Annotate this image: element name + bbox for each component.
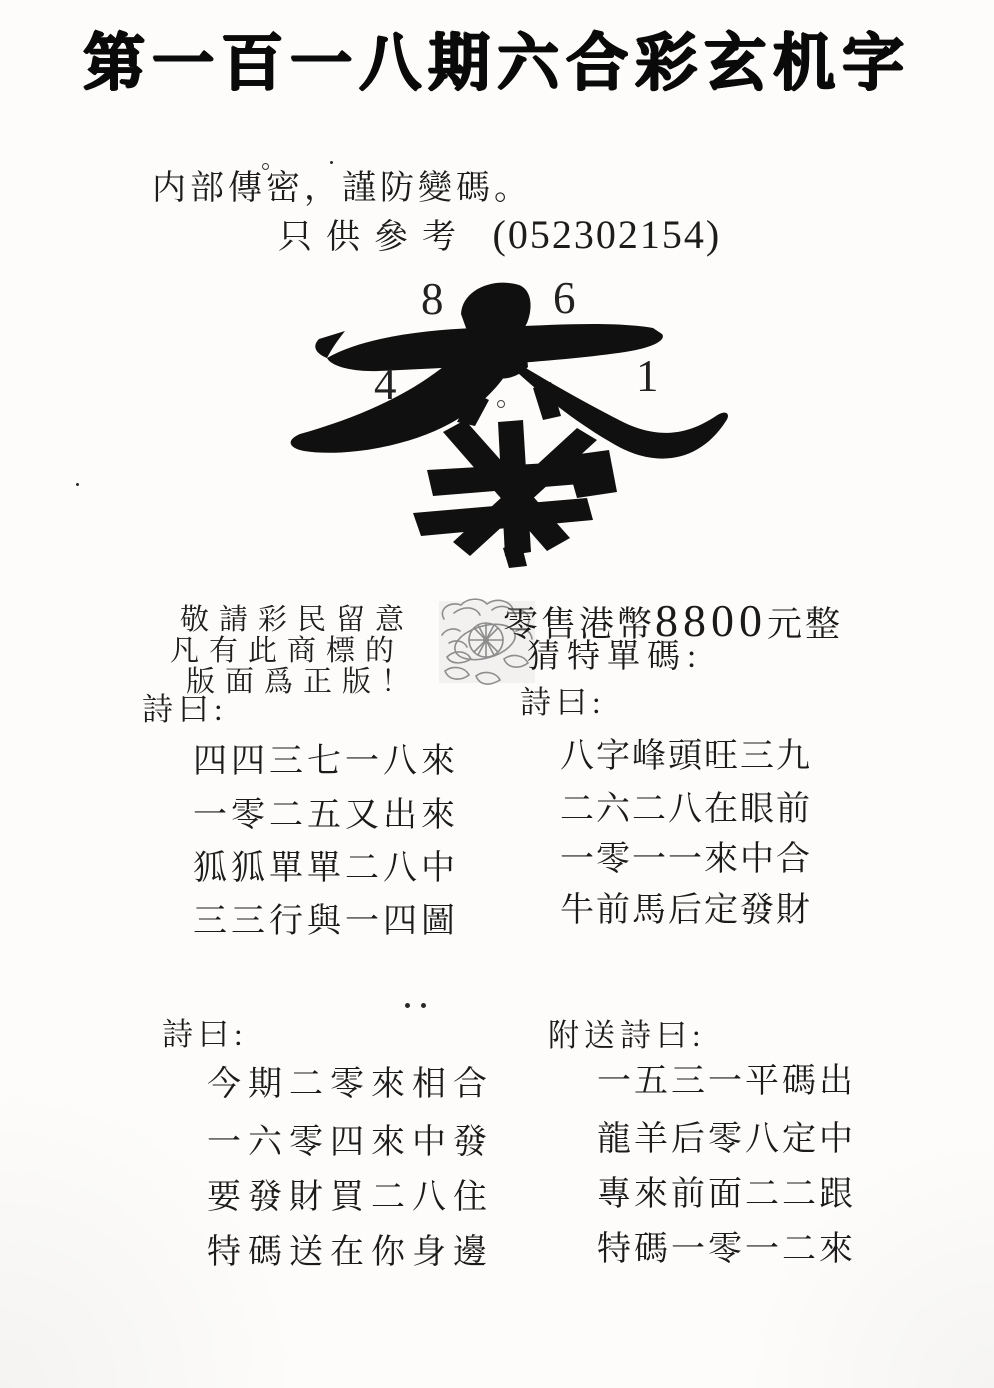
poem-heading-bottom-left: 詩曰: [162,1019,248,1050]
ink-speck [421,1003,426,1008]
poem-line: 四四三七一八來 [193,745,459,779]
poem-line: 今期二零來相合 [207,1068,494,1102]
ink-speck [330,161,333,164]
poem-line: 八字峰頭旺三九 [560,740,812,774]
secrecy-note: 内部傳密，謹防變碼。 [152,172,532,206]
mystery-calligraphy-glyph-icon [265,270,765,570]
reference-note: 只供參考 (052302154) [278,215,721,255]
poem-line: 牛前馬后定發財 [560,894,812,928]
trademark-notice-line: 敬請彩民留意 [180,606,414,635]
poem-line: 一零二五又出來 [193,799,459,833]
poem-heading-mid-left: 詩曰: [142,694,228,725]
poem-line: 要發財買二八住 [207,1181,494,1215]
page-title: 第一百一八期六合彩玄机字 [0,33,994,95]
corner-number-top-right: 6 [553,276,576,321]
guess-special-label: 猜特單碼: [527,641,703,674]
poem-line: 一零一一來中合 [560,843,812,877]
poem-line: 專來前面二二跟 [597,1178,856,1212]
ink-speck [405,1003,410,1008]
poem-line: 一五三一平碼出 [597,1065,856,1099]
ink-speck [497,400,505,408]
corner-number-mid-right: 1 [636,354,659,399]
poem-heading-mid-right: 詩曰: [520,687,606,718]
poem-line: 龍羊后零八定中 [597,1123,856,1157]
price-suffix: 元整 [767,605,843,644]
corner-number-top-left: 8 [421,277,444,322]
poem-line: 特碼送在你身邊 [207,1236,494,1270]
corner-number-mid-left: 4 [374,362,397,407]
poem-line: 三三行與一四圖 [193,905,459,939]
poem-line: 一六零四來中發 [207,1126,494,1160]
reference-code: (052302154) [493,212,722,257]
trademark-notice-line: 凡有此商標的 [170,637,404,666]
poem-line: 狐狐單單二八中 [193,852,459,886]
poem-line: 特碼一零一二來 [597,1233,856,1267]
scanned-lottery-sheet: 第一百一八期六合彩玄机字 内部傳密，謹防變碼。 只供參考 (052302154) [0,0,994,1388]
poem-heading-bottom-right: 附送詩曰: [548,1020,706,1051]
retail-price: 零售港幣8800元整 [503,598,843,644]
reference-label: 只供參考 [278,219,470,256]
ink-speck [262,163,269,170]
ink-speck [76,483,79,486]
poem-line: 二六二八在眼前 [560,793,812,827]
